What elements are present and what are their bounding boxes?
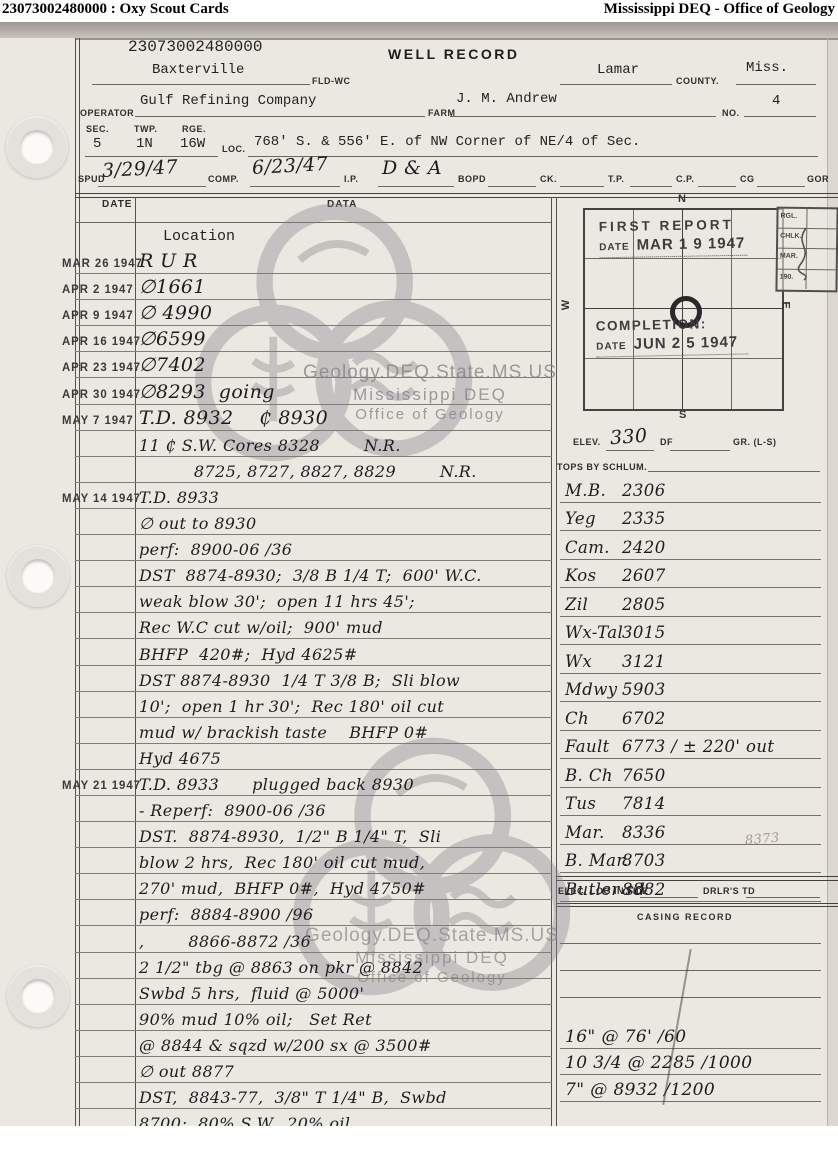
entry-text: blow 2 hrs, Rec 180' oil cut mud,	[139, 853, 425, 872]
date-column-header: DATE	[102, 199, 132, 210]
log-entry-row: APR 9 1947 ∅ 4990	[75, 300, 552, 326]
rge-value: 16W	[180, 136, 205, 152]
formation-name: Cam.	[565, 538, 610, 557]
entry-text: T.D. 8933	[139, 488, 219, 507]
log-entry-row: @ 8844 & sqzd w/200 sx @ 3500#	[75, 1031, 552, 1057]
entry-date-stamp: APR 9 1947	[62, 308, 134, 322]
log-entry-row: mud w/ brackish taste BHFP 0#	[75, 718, 552, 744]
formation-name: Zil	[565, 595, 588, 614]
farm-label: FARM	[428, 108, 456, 118]
casing-record-list: 16" @ 76' /60 10 3/4 @ 2285 /1000 7" @ 8…	[560, 1022, 821, 1102]
scan-edge-shadow	[0, 22, 838, 38]
log-entry-row: ∅ out 8877	[75, 1057, 552, 1083]
entry-text: DST. 8874-8930, 1/2" B 1/4" T, Sli	[139, 827, 441, 846]
formation-name: B. Mar.	[565, 851, 628, 870]
completion-title: COMPLETION:	[596, 315, 748, 333]
rule-line	[630, 186, 672, 187]
formation-top-row: Zil 2805	[560, 588, 821, 617]
agency-title: Mississippi DEQ - Office of Geology	[604, 1, 835, 18]
bopd-label: BOPD	[458, 174, 486, 184]
ip-label: I.P.	[344, 174, 358, 184]
log-entry-row: MAY 14 1947 T.D. 8933	[75, 483, 552, 509]
entry-date-stamp: MAY 14 1947	[62, 491, 141, 505]
operator-label: OPERATOR	[80, 108, 134, 118]
entry-text: T.D. 8933 plugged back 8930	[139, 775, 414, 794]
plat-east-label: E	[780, 301, 792, 308]
formation-name: B. Ch	[565, 766, 613, 785]
entry-text: weak blow 30'; open 11 hrs 45';	[139, 592, 415, 611]
rule-line	[736, 84, 816, 85]
formation-depth: 3015	[622, 623, 666, 642]
footer-token-row	[0, 1126, 838, 1132]
first-report-title: FIRST REPORT	[599, 217, 747, 235]
spud-label: SPUD	[78, 174, 105, 184]
completion-date: JUN 2 5 1947	[633, 334, 738, 353]
rule-line	[450, 116, 716, 117]
log-entry-row: BHFP 420#; Hyd 4625#	[75, 639, 552, 665]
formation-name: Mar.	[565, 823, 605, 842]
entry-date-stamp: MAR 26 1947	[62, 256, 143, 270]
entry-text: DST 8874-8930; 3/8 B 1/4 T; 600' W.C.	[139, 566, 482, 585]
rule-line	[560, 186, 604, 187]
cg-label: CG	[740, 174, 755, 184]
log-entry-row: Swbd 5 hrs, fluid @ 5000'	[75, 979, 552, 1005]
entry-text: DST, 8843-77, 3/8" T 1/4" B, Swbd	[139, 1088, 447, 1107]
scanned-well-record-page: 23073002480000 : Oxy Scout Cards Mississ…	[0, 0, 838, 1156]
plat-grid-line	[585, 358, 782, 359]
casing-entry: 10 3/4 @ 2285 /1000	[565, 1053, 752, 1073]
log-entry-row: APR 2 1947 ∅1661	[75, 274, 552, 300]
formation-name: Kos	[565, 566, 597, 585]
entry-text: DST 8874-8930 1/4 T 3/8 B; Sli blow	[139, 671, 460, 690]
log-entry-row: ∅ out to 8930	[75, 509, 552, 535]
formation-tops-list: M.B. 2306 Yeg 2335 Cam. 2420 Kos 2607 Zi…	[560, 474, 821, 902]
filing-stamp-label: RGL.	[780, 213, 797, 220]
formation-depth: 2607	[622, 566, 666, 585]
rule-line	[560, 943, 821, 944]
spud-date: 3/29/47	[101, 156, 178, 182]
casing-row: 7" @ 8932 /1200	[560, 1075, 821, 1102]
entry-text: 8725, 8727, 8827, 8829 N.R.	[139, 462, 477, 481]
field-label: FLD-WC	[312, 76, 351, 86]
rule-line	[827, 38, 828, 1126]
plat-west-label: W	[560, 300, 572, 310]
formation-name: Wx	[565, 652, 592, 671]
well-no: 4	[772, 93, 780, 109]
entry-text: ∅ out 8877	[139, 1062, 234, 1081]
formation-depth: 6702	[622, 709, 666, 728]
formation-name: Wx-Tal	[565, 623, 623, 642]
formation-top-row: Yeg 2335	[560, 503, 821, 532]
formation-top-row: B. Ch 7650	[560, 759, 821, 788]
formation-name: Yeg	[565, 509, 596, 528]
entry-text: , 8866-8872 /36	[139, 932, 311, 951]
casing-entry: 7" @ 8932 /1200	[565, 1080, 715, 1100]
log-entry-row: MAY 21 1947 T.D. 8933 plugged back 8930	[75, 770, 552, 796]
log-entry-row: perf: 8884-8900 /96	[75, 900, 552, 926]
entry-date-stamp: APR 2 1947	[62, 282, 134, 296]
rule-line	[670, 450, 730, 451]
scan-right-edge	[828, 38, 838, 1126]
completion-stamp: COMPLETION: DATEJUN 2 5 1947	[596, 315, 749, 357]
formation-depth: 2805	[622, 595, 666, 614]
formation-top-row: Wx 3121	[560, 645, 821, 674]
rule-line	[560, 970, 821, 971]
entry-text: 10'; open 1 hr 30'; Rec 180' oil cut	[139, 697, 444, 716]
entry-text: ∅6599	[139, 328, 206, 350]
plat-grid-line	[585, 258, 782, 259]
entry-text: R U R	[139, 250, 198, 272]
formation-depth: 7814	[622, 794, 666, 813]
punch-hole	[7, 965, 69, 1027]
rule-line	[698, 186, 736, 187]
entry-date-stamp: APR 23 1947	[62, 360, 141, 374]
entry-text: T.D. 8932 ₵ 8930	[139, 407, 328, 429]
entry-text: ∅ 4990	[139, 302, 212, 324]
elev-value: 330	[609, 425, 648, 450]
entry-text: 11 ₵ S.W. Cores 8328 N.R.	[139, 436, 401, 455]
well-no-label: NO.	[722, 108, 740, 118]
formation-name: Ch	[565, 709, 589, 728]
plat-south-label: S	[679, 409, 686, 421]
log-entry-row: Rec W.C cut w/oil; 900' mud	[75, 613, 552, 639]
rule-line	[135, 116, 425, 117]
entry-date-stamp: MAY 21 1947	[62, 778, 141, 792]
entry-text: 270' mud, BHFP 0#, Hyd 4750#	[139, 879, 426, 898]
formation-depth: 2335	[622, 509, 666, 528]
formation-name: Tus	[565, 794, 596, 813]
log-entry-row: DST. 8874-8930, 1/2" B 1/4" T, Sli	[75, 822, 552, 848]
formation-depth: 2306	[622, 481, 666, 500]
field-name: Baxterville	[152, 62, 244, 78]
document-id-title: 23073002480000 : Oxy Scout Cards	[2, 1, 229, 18]
log-entry-row: APR 23 1947 ∅7402	[75, 352, 552, 378]
entry-text: mud w/ brackish taste BHFP 0#	[139, 723, 428, 742]
first-report-stamp: FIRST REPORT DATEMAR 1 9 1947	[599, 217, 748, 259]
tp-label: T.P.	[608, 174, 624, 184]
rule-line	[378, 186, 454, 187]
formation-depth: 5903	[622, 680, 666, 699]
comp-label: COMP.	[208, 174, 239, 184]
location-description: 768' S. & 556' E. of NW Corner of NE/4 o…	[254, 134, 640, 150]
log-entry-row: - Reperf: 8900-06 /36	[75, 796, 552, 822]
viewer-header: 23073002480000 : Oxy Scout Cards Mississ…	[0, 0, 838, 22]
ip-value: D & A	[382, 157, 442, 179]
casing-record-title: CASING RECORD	[637, 912, 733, 922]
formation-top-row: B. Mar. 8703	[560, 845, 821, 874]
entry-text: ∅8293 going	[139, 381, 275, 403]
rule-line	[606, 450, 654, 451]
formation-depth: 6773 / ± 220' out	[622, 737, 774, 756]
formation-name: M.B.	[565, 481, 606, 500]
log-entry-row: MAY 7 1947 T.D. 8932 ₵ 8930	[75, 405, 552, 431]
rule-line	[250, 186, 340, 187]
county-name: Lamar	[597, 62, 639, 78]
log-entry-row: 11 ₵ S.W. Cores 8328 N.R.	[75, 431, 552, 457]
rule-line	[488, 186, 536, 187]
log-entry-row: Hyd 4675	[75, 744, 552, 770]
rule-line	[557, 906, 838, 907]
rule-line	[98, 186, 206, 187]
rule-line	[248, 156, 818, 157]
filing-stamp-signature	[788, 225, 822, 283]
log-entry-row: blow 2 hrs, Rec 180' oil cut mud,	[75, 848, 552, 874]
log-entry-row: 270' mud, BHFP 0#, Hyd 4750#	[75, 874, 552, 900]
entry-text: ∅ out to 8930	[139, 514, 257, 533]
entry-text: BHFP 420#; Hyd 4625#	[139, 645, 358, 664]
formation-top-row: Fault 6773 / ± 220' out	[560, 731, 821, 760]
formation-name: Mdwy	[565, 680, 618, 699]
casing-row: 16" @ 76' /60	[560, 1022, 821, 1049]
drlrs-td-label: DRLR'S TD	[703, 886, 755, 896]
entry-date-stamp: APR 16 1947	[62, 334, 141, 348]
pencil-annotation: 8373	[744, 831, 780, 849]
cp-label: C.P.	[676, 174, 694, 184]
sec-value: 5	[93, 136, 101, 152]
formation-top-row: Tus 7814	[560, 788, 821, 817]
formation-depth: 8336	[622, 823, 666, 842]
formation-top-row: Mdwy 5903	[560, 674, 821, 703]
formation-top-row: Kos 2607	[560, 560, 821, 589]
rule-line	[75, 193, 838, 194]
entry-text: Swbd 5 hrs, fluid @ 5000'	[139, 984, 364, 1003]
entry-text: 90% mud 10% oil; Set Ret	[139, 1010, 372, 1029]
entry-text: @ 8844 & sqzd w/200 sx @ 3500#	[139, 1036, 432, 1055]
rule-line	[560, 997, 821, 998]
log-entry-row: 8725, 8727, 8827, 8829 N.R.	[75, 457, 552, 483]
rule-line	[560, 84, 672, 85]
twp-label: TWP.	[134, 124, 157, 134]
log-entry-row: 90% mud 10% oil; Set Ret	[75, 1005, 552, 1031]
formation-depth: 3121	[622, 652, 666, 671]
log-entry-row: MAR 26 1947 R U R	[75, 248, 552, 274]
formation-top-row: Cam. 2420	[560, 531, 821, 560]
entry-date-stamp: APR 30 1947	[62, 387, 141, 401]
entry-text: ∅7402	[139, 354, 206, 376]
formation-top-row: Mar. 8336	[560, 816, 821, 845]
rule-line	[744, 116, 816, 117]
state-name: Miss.	[746, 60, 788, 76]
plat-north-label: N	[678, 193, 686, 205]
entry-date-stamp: MAY 7 1947	[62, 413, 134, 427]
entry-text: perf: 8884-8900 /96	[139, 905, 314, 924]
log-entry-row: perf: 8900-06 /36	[75, 535, 552, 561]
tops-title: TOPS BY SCHLUM.	[557, 462, 647, 472]
log-entry-row: 2 1/2" tbg @ 8863 on pkr @ 8842	[75, 953, 552, 979]
first-report-date: MAR 1 9 1947	[636, 235, 745, 254]
card-title: WELL RECORD	[388, 46, 519, 62]
twp-value: 1N	[136, 136, 153, 152]
log-entry-row: APR 30 1947 ∅8293 going	[75, 378, 552, 404]
casing-row: 10 3/4 @ 2285 /1000	[560, 1049, 821, 1076]
log-entry-row: DST 8874-8930; 3/8 B 1/4 T; 600' W.C.	[75, 561, 552, 587]
formation-top-row: Wx-Tal 3015	[560, 617, 821, 646]
log-entry-row: APR 16 1947 ∅6599	[75, 326, 552, 352]
log-entry-row: , 8866-8872 /36	[75, 926, 552, 952]
log-entry-row: DST 8874-8930 1/4 T 3/8 B; Sli blow	[75, 666, 552, 692]
entry-text: - Reperf: 8900-06 /36	[139, 801, 326, 820]
completion-date-label: DATE	[596, 341, 627, 353]
log-entry-row: weak blow 30'; open 11 hrs 45';	[75, 587, 552, 613]
well-log-entries: MAR 26 1947 R U R APR 2 1947 ∅1661 APR 9…	[75, 248, 552, 1156]
log-entry-row: 10'; open 1 hr 30'; Rec 180' oil cut	[75, 692, 552, 718]
elev-label: ELEV.	[573, 437, 601, 447]
formation-top-row: Ch 6702	[560, 702, 821, 731]
loc-label: LOC.	[222, 144, 246, 154]
gr-label: GR. (L-S)	[733, 437, 777, 447]
elec-log-label: ELEC. LOG IN FILE	[558, 886, 649, 896]
rule-line	[648, 471, 820, 472]
formation-depth: 8703	[622, 851, 666, 870]
rule-line	[557, 903, 838, 904]
ck-label: CK.	[540, 174, 557, 184]
farm-name: J. M. Andrew	[456, 91, 557, 107]
entry-text: ∅1661	[139, 276, 206, 298]
punch-hole	[7, 545, 69, 607]
well-id: 23073002480000	[128, 38, 262, 56]
viewer-footer	[0, 1126, 838, 1156]
gor-label: GOR	[807, 174, 829, 184]
entry-text: 2 1/2" tbg @ 8863 on pkr @ 8842	[139, 958, 423, 977]
entry-text: perf: 8900-06 /36	[139, 540, 292, 559]
rge-label: RGE.	[182, 124, 206, 134]
formation-depth: 7650	[622, 766, 666, 785]
sec-label: SEC.	[86, 124, 109, 134]
punch-hole	[6, 116, 68, 178]
df-label: DF	[660, 437, 673, 447]
county-label: COUNTY.	[676, 76, 719, 86]
operator-name: Gulf Refining Company	[140, 93, 316, 109]
log-entry-row: DST, 8843-77, 3/8" T 1/4" B, Swbd	[75, 1083, 552, 1109]
formation-top-row: M.B. 2306	[560, 474, 821, 503]
entry-text: Rec W.C cut w/oil; 900' mud	[139, 618, 383, 637]
rule-line	[757, 186, 805, 187]
formation-name: Fault	[565, 737, 610, 756]
casing-entry: 16" @ 76' /60	[565, 1027, 687, 1047]
entry-text: Hyd 4675	[139, 749, 221, 768]
first-report-date-label: DATE	[599, 242, 630, 254]
formation-depth: 2420	[622, 538, 666, 557]
comp-date: 6/23/47	[251, 153, 328, 179]
rule-line	[92, 84, 310, 85]
